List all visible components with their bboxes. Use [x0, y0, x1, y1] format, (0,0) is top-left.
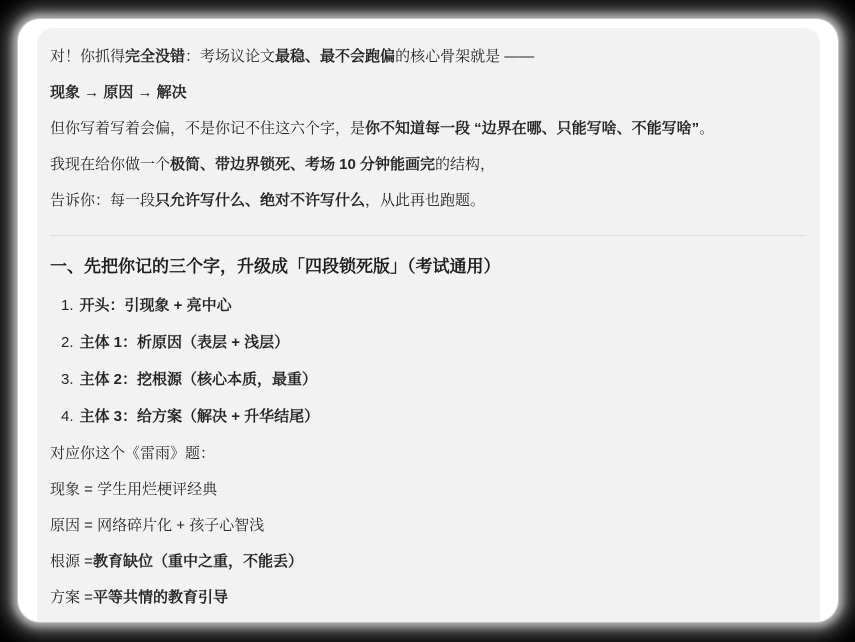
text-run: 根源 = — [50, 553, 93, 570]
page-background: 对！你抓得完全没错：考场议论文最稳、最不会跑偏的核心骨架就是 —— 现象 → 原… — [0, 0, 855, 642]
list-item: 1. 开头：引现象 + 亮中心 — [50, 295, 805, 316]
framework-paragraph: 现象 → 原因 → 解决 — [50, 82, 805, 103]
text-run: 的核心骨架就是 —— — [395, 48, 534, 65]
mapping-solution: 方案 =平等共情的教育引导 — [50, 587, 805, 608]
text-run: 的结构， — [435, 156, 495, 173]
bold-text: 平等共情的教育引导 — [93, 589, 228, 606]
text-run: 方案 = — [50, 589, 93, 606]
bold-text: 你不知道每一段 “边界在哪、只能写啥、不能写啥” — [365, 120, 699, 137]
list-item: 3. 主体 2：挖根源（核心本质，最重） — [50, 369, 805, 390]
rules-paragraph: 告诉你：每一段只允许写什么、绝对不许写什么，从此再也跑题。 — [50, 190, 805, 211]
list-item-number: 3. — [61, 369, 74, 390]
list-item-text: 开头：引现象 + 亮中心 — [80, 295, 232, 316]
assistant-message-bubble: 对！你抓得完全没错：考场议论文最稳、最不会跑偏的核心骨架就是 —— 现象 → 原… — [37, 28, 820, 622]
ordered-list: 1. 开头：引现象 + 亮中心 2. 主体 1：析原因（表层 + 浅层） 3. … — [50, 295, 805, 427]
list-item: 2. 主体 1：析原因（表层 + 浅层） — [50, 332, 805, 353]
chat-window-card: 对！你抓得完全没错：考场议论文最稳、最不会跑偏的核心骨架就是 —— 现象 → 原… — [18, 19, 838, 622]
problem-paragraph: 但你写着写着会偏，不是你记不住这六个字，是你不知道每一段 “边界在哪、只能写啥、… — [50, 118, 805, 139]
list-item-text: 主体 1：析原因（表层 + 浅层） — [80, 332, 290, 353]
bold-text: 最稳、最不会跑偏 — [275, 48, 395, 65]
mapping-intro-paragraph: 对应你这个《雷雨》题： — [50, 443, 805, 464]
list-item-number: 2. — [61, 332, 74, 353]
promise-paragraph: 我现在给你做一个极简、带边界锁死、考场 10 分钟能画完的结构， — [50, 154, 805, 175]
text-run: 。 — [699, 120, 714, 137]
text-run: ，从此再也跑题。 — [365, 192, 485, 209]
bold-text: 完全没错 — [125, 48, 185, 65]
mapping-phenomenon: 现象 = 学生用烂梗评经典 — [50, 479, 805, 500]
section-divider — [50, 235, 805, 236]
intro-paragraph: 对！你抓得完全没错：考场议论文最稳、最不会跑偏的核心骨架就是 —— — [50, 46, 805, 67]
list-item: 4. 主体 3：给方案（解决 + 升华结尾） — [50, 406, 805, 427]
text-run: 但你写着写着会偏，不是你记不住这六个字，是 — [50, 120, 365, 137]
text-run: 我现在给你做一个 — [50, 156, 170, 173]
list-item-text: 主体 2：挖根源（核心本质，最重） — [80, 369, 318, 390]
text-run: 告诉你：每一段 — [50, 192, 155, 209]
list-item-number: 1. — [61, 295, 74, 316]
list-item-number: 4. — [61, 406, 74, 427]
list-item-text: 主体 3：给方案（解决 + 升华结尾） — [80, 406, 320, 427]
mapping-cause: 原因 = 网络碎片化 + 孩子心智浅 — [50, 515, 805, 536]
section-heading: 一、先把你记的三个字，升级成「四段锁死版」（考试通用） — [50, 255, 805, 279]
bold-text: 教育缺位（重中之重，不能丢） — [93, 553, 303, 570]
text-run: 对！你抓得 — [50, 48, 125, 65]
mapping-root: 根源 =教育缺位（重中之重，不能丢） — [50, 551, 805, 572]
text-run: ：考场议论文 — [185, 48, 275, 65]
bold-text: 只允许写什么、绝对不许写什么 — [155, 192, 365, 209]
bold-text: 极简、带边界锁死、考场 10 分钟能画完 — [170, 156, 435, 173]
